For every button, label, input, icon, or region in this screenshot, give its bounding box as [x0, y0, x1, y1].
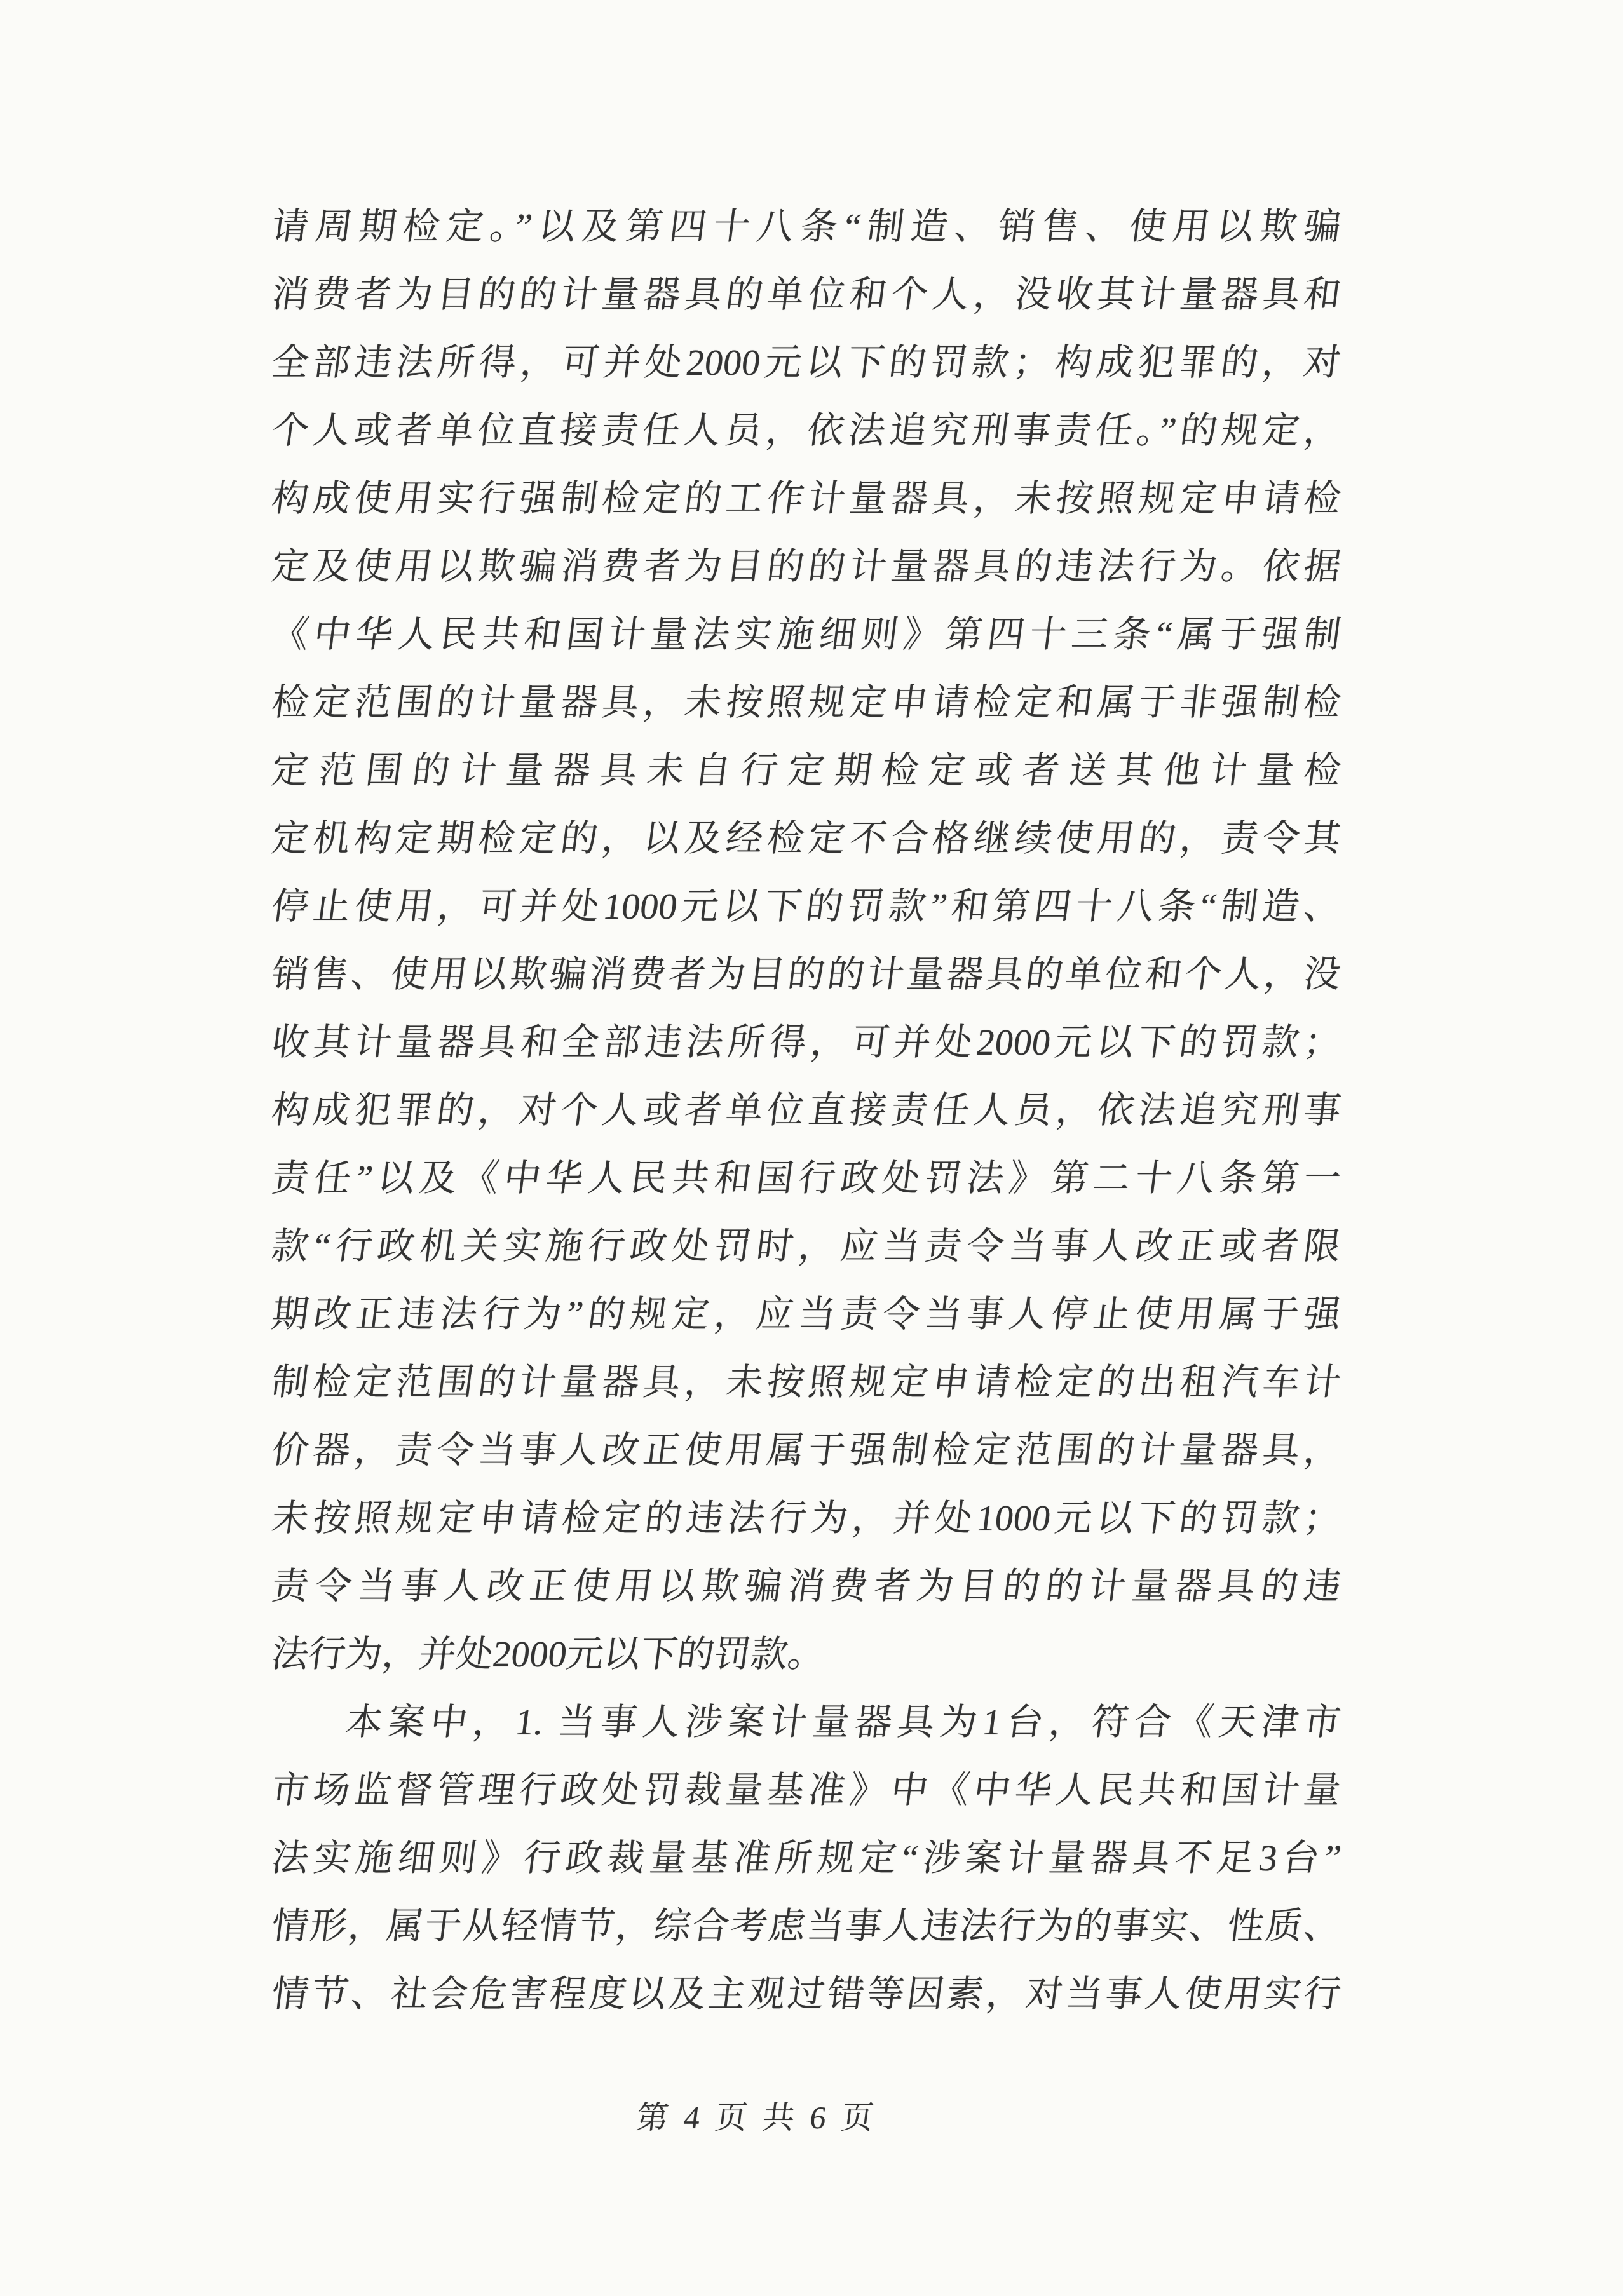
text-line: 未按照规定申请检定的违法行为，并处1000元以下的罚款； — [268, 1484, 1345, 1552]
page-number: 第 4 页 共 6 页 — [220, 2095, 1294, 2140]
text-line: 本案中，1. 当事人涉案计量器具为1台，符合《天津市 — [268, 1688, 1345, 1756]
document-page: 请周期检定。”以及第四十八条“制造、销售、使用以欺骗 消费者为目的的计量器具的单… — [0, 0, 1623, 2296]
text-line: 法行为，并处2000元以下的罚款。 — [268, 1620, 1345, 1688]
body-text: 请周期检定。”以及第四十八条“制造、销售、使用以欺骗 消费者为目的的计量器具的单… — [272, 192, 1341, 2028]
text-line: 责任”以及《中华人民共和国行政处罚法》第二十八条第一 — [268, 1144, 1345, 1212]
text-line: 停止使用，可并处1000元以下的罚款”和第四十八条“制造、 — [268, 872, 1345, 940]
scanned-document: { "document": { "body_lines": [ "请周期检定。”… — [0, 0, 1623, 2296]
text-line: 构成使用实行强制检定的工作计量器具，未按照规定申请检 — [268, 464, 1345, 532]
text-line: 定及使用以欺骗消费者为目的的计量器具的违法行为。依据 — [268, 532, 1345, 600]
text-line: 构成犯罪的，对个人或者单位直接责任人员，依法追究刑事 — [268, 1076, 1345, 1144]
text-line: 请周期检定。”以及第四十八条“制造、销售、使用以欺骗 — [268, 192, 1345, 260]
text-line: 检定范围的计量器具，未按照规定申请检定和属于非强制检 — [268, 668, 1345, 736]
text-line: 款“行政机关实施行政处罚时，应当责令当事人改正或者限 — [268, 1212, 1345, 1280]
text-line: 全部违法所得，可并处2000元以下的罚款；构成犯罪的，对 — [268, 328, 1345, 396]
text-line: 期改正违法行为”的规定，应当责令当事人停止使用属于强 — [268, 1280, 1345, 1348]
text-line: 责令当事人改正使用以欺骗消费者为目的的计量器具的违 — [268, 1552, 1345, 1620]
text-line: 收其计量器具和全部违法所得，可并处2000元以下的罚款； — [268, 1008, 1345, 1076]
text-line: 消费者为目的的计量器具的单位和个人，没收其计量器具和 — [268, 260, 1345, 328]
text-line: 情节、社会危害程度以及主观过错等因素，对当事人使用实行 — [268, 1960, 1345, 2028]
text-line: 《中华人民共和国计量法实施细则》第四十三条“属于强制 — [268, 600, 1345, 668]
text-line: 定范围的计量器具未自行定期检定或者送其他计量检 — [268, 736, 1345, 804]
text-line: 制检定范围的计量器具，未按照规定申请检定的出租汽车计 — [268, 1348, 1345, 1416]
text-line: 定机构定期检定的，以及经检定不合格继续使用的，责令其 — [268, 804, 1345, 872]
text-line: 市场监督管理行政处罚裁量基准》中《中华人民共和国计量 — [268, 1756, 1345, 1824]
text-line: 情形，属于从轻情节，综合考虑当事人违法行为的事实、性质、 — [268, 1892, 1345, 1960]
text-line: 个人或者单位直接责任人员，依法追究刑事责任。”的规定， — [268, 396, 1345, 464]
text-line: 价器，责令当事人改正使用属于强制检定范围的计量器具， — [268, 1416, 1345, 1484]
text-line: 销售、使用以欺骗消费者为目的的计量器具的单位和个人，没 — [268, 940, 1345, 1008]
text-line: 法实施细则》行政裁量基准所规定“涉案计量器具不足3台” — [268, 1824, 1345, 1892]
